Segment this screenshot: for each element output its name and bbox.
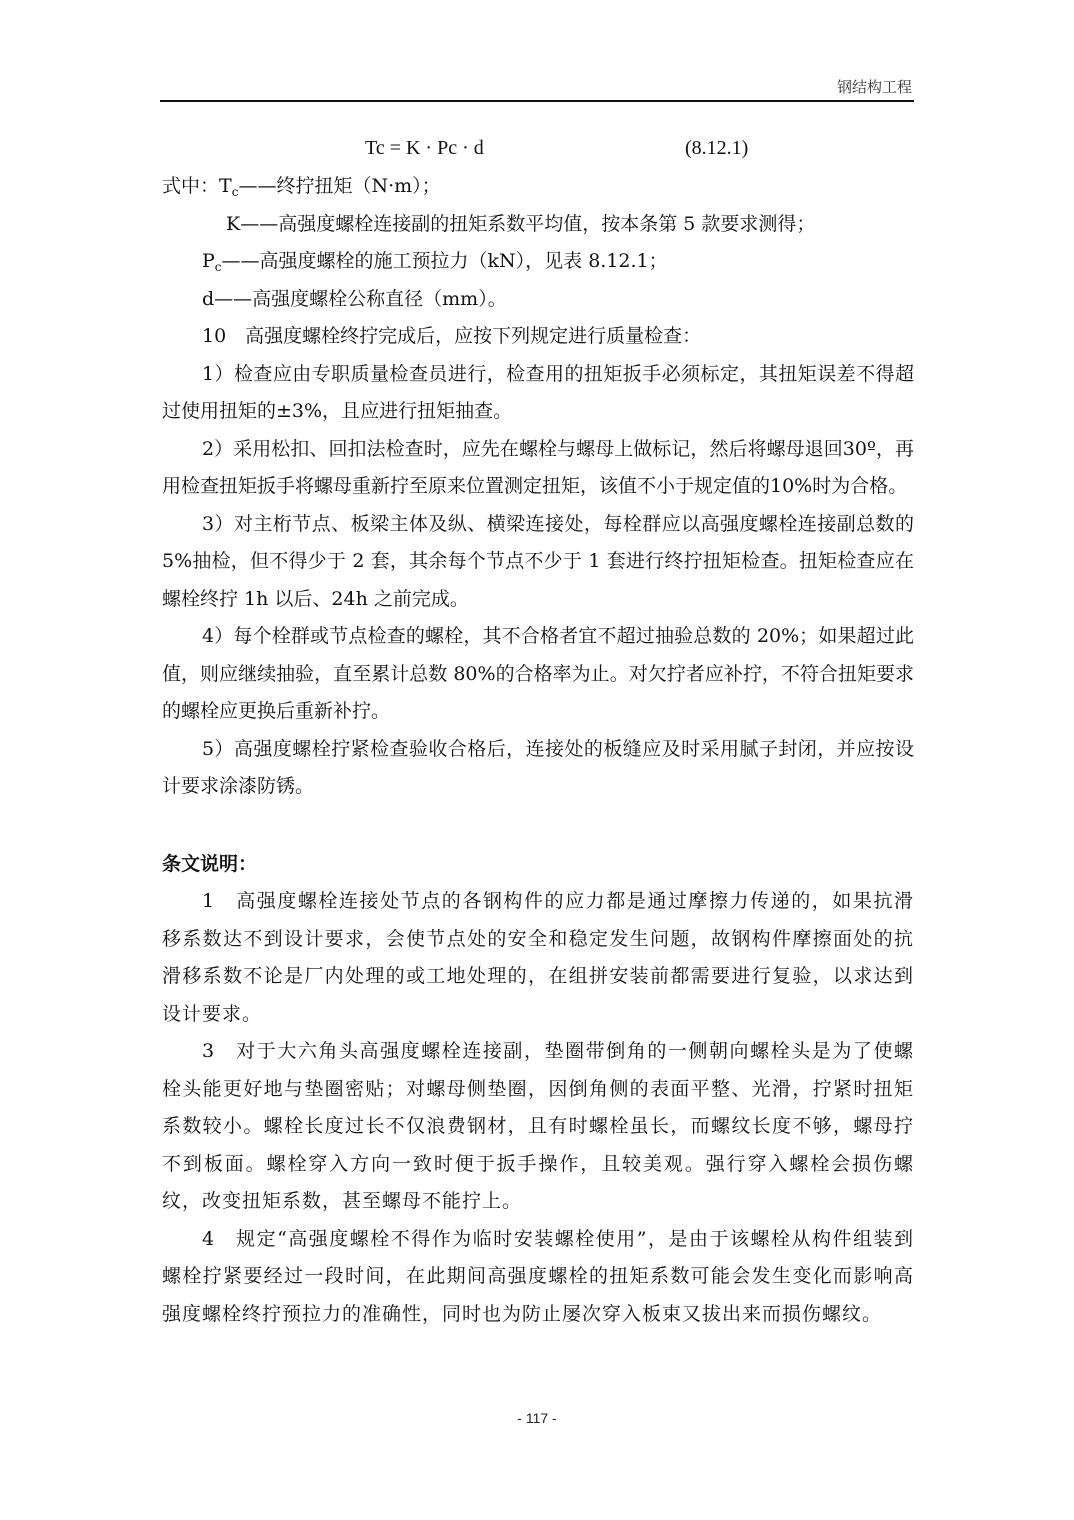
clause-10-item-1: 1）检查应由专职质量检查员进行，检查用的扭矩扳手必须标定，其扭矩误差不得超过使用… bbox=[162, 356, 914, 431]
definition-tc-text: ——终拧扭矩（N·m）； bbox=[238, 175, 440, 197]
clause-10-item-5: 5）高强度螺栓拧紧检查验收合格后，连接处的板缝应及时采用腻子封闭，并应按设计要求… bbox=[162, 731, 914, 806]
clause-10-heading: 10 高强度螺栓终拧完成后，应按下列规定进行质量检查： bbox=[162, 318, 914, 356]
page-header: 钢结构工程 bbox=[160, 74, 914, 102]
definition-d: d——高强度螺栓公称直径（mm）。 bbox=[162, 281, 914, 319]
formula-expression: Tc = K · Pc · d bbox=[365, 130, 484, 168]
explanation-paragraph-3: 3 对于大六角头高强度螺栓连接副，垫圈带倒角的一侧朝向螺栓头是为了使螺栓头能更好… bbox=[162, 1033, 914, 1221]
definition-k: K——高强度螺栓连接副的扭矩系数平均值，按本条第 5 款要求测得； bbox=[162, 206, 914, 244]
explanation-paragraph-4: 4 规定“高强度螺栓不得作为临时安装螺栓使用”，是由于该螺栓从构件组装到螺栓拧紧… bbox=[162, 1221, 914, 1334]
symbol-p: P bbox=[202, 250, 215, 272]
symbol-t: T bbox=[219, 175, 232, 197]
page-number: - 117 - bbox=[0, 1410, 1074, 1426]
clause-10-item-2: 2）采用松扣、回扣法检查时，应先在螺栓与螺母上做标记，然后将螺母退回30º，再用… bbox=[162, 431, 914, 506]
subscript-c: c bbox=[215, 260, 222, 274]
explanation-paragraph-1: 1 高强度螺栓连接处节点的各钢构件的应力都是通过摩擦力传递的，如果抗滑移系数达不… bbox=[162, 883, 914, 1033]
definition-pc: Pc——高强度螺栓的施工预拉力（kN），见表 8.12.1； bbox=[162, 243, 914, 281]
clause-10-item-4: 4）每个栓群或节点检查的螺栓，其不合格者宜不超过抽验总数的 20%；如果超过此值… bbox=[162, 618, 914, 731]
formula-row: Tc = K · Pc · d (8.12.1) bbox=[162, 130, 914, 168]
formula-number: (8.12.1) bbox=[685, 130, 748, 168]
definition-pc-text: ——高强度螺栓的施工预拉力（kN），见表 8.12.1； bbox=[222, 250, 668, 272]
header-title: 钢结构工程 bbox=[837, 76, 912, 97]
clause-10-item-3: 3）对主桁节点、板梁主体及纵、横梁连接处，每栓群应以高强度螺栓连接副总数的 5%… bbox=[162, 506, 914, 619]
explanation-title: 条文说明： bbox=[162, 846, 914, 884]
definition-tc: 式中：Tc——终拧扭矩（N·m）； bbox=[162, 168, 914, 206]
page-content: Tc = K · Pc · d (8.12.1) 式中：Tc——终拧扭矩（N·m… bbox=[162, 130, 914, 1333]
definition-intro: 式中： bbox=[162, 175, 219, 197]
